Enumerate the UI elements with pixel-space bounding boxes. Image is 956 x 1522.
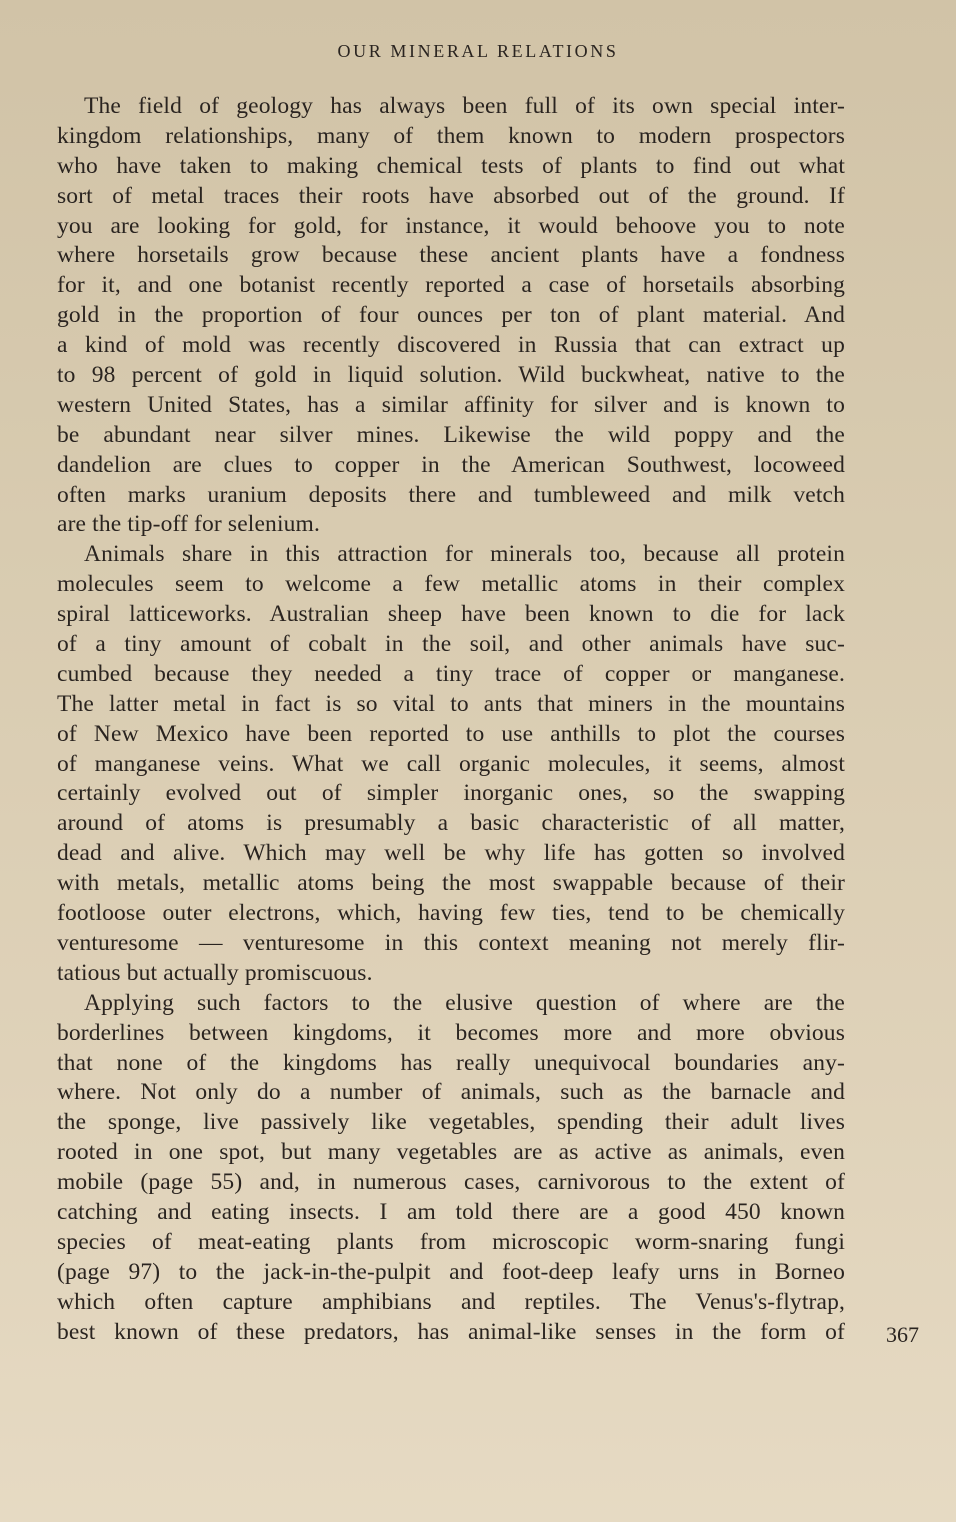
- text-line: to 98 percent of gold in liquid solution…: [57, 361, 845, 391]
- text-line: western United States, has a similar aff…: [57, 391, 845, 421]
- text-line: that none of the kingdoms has really une…: [57, 1049, 845, 1079]
- text-line: often marks uranium deposits there and t…: [57, 481, 845, 511]
- text-line: venturesome — venturesome in this contex…: [57, 929, 845, 959]
- text-line: a kind of mold was recently discovered i…: [57, 331, 845, 361]
- text-line: best known of these predators, has anima…: [57, 1318, 845, 1348]
- body-text: The field of geology has always been ful…: [57, 92, 845, 1347]
- text-line: gold in the proportion of four ounces pe…: [57, 301, 845, 331]
- page-number: 367: [886, 1322, 919, 1348]
- text-line: mobile (page 55) and, in numerous cases,…: [57, 1168, 845, 1198]
- text-line: spiral latticeworks. Australian sheep ha…: [57, 600, 845, 630]
- text-line: catching and eating insects. I am told t…: [57, 1198, 845, 1228]
- paragraph: Applying such factors to the elusive que…: [57, 989, 845, 1348]
- text-line: dead and alive. Which may well be why li…: [57, 839, 845, 869]
- text-line: sort of metal traces their roots have ab…: [57, 182, 845, 212]
- paragraph: The field of geology has always been ful…: [57, 92, 845, 540]
- text-line: where. Not only do a number of animals, …: [57, 1078, 845, 1108]
- text-line: be abundant near silver mines. Likewise …: [57, 421, 845, 451]
- text-line: of New Mexico have been reported to use …: [57, 720, 845, 750]
- text-line: rooted in one spot, but many vegetables …: [57, 1138, 845, 1168]
- text-line: who have taken to making chemical tests …: [57, 152, 845, 182]
- text-line: species of meat-eating plants from micro…: [57, 1228, 845, 1258]
- text-line: of a tiny amount of cobalt in the soil, …: [57, 630, 845, 660]
- text-line: for it, and one botanist recently report…: [57, 271, 845, 301]
- text-line: the sponge, live passively like vegetabl…: [57, 1108, 845, 1138]
- text-line: of manganese veins. What we call organic…: [57, 750, 845, 780]
- text-line: are the tip-off for selenium.: [57, 510, 845, 540]
- text-line: The field of geology has always been ful…: [57, 92, 845, 122]
- text-line: where horsetails grow because these anci…: [57, 241, 845, 271]
- text-line: borderlines between kingdoms, it becomes…: [57, 1019, 845, 1049]
- text-line: The latter metal in fact is so vital to …: [57, 690, 845, 720]
- text-line: tatious but actually promiscuous.: [57, 959, 845, 989]
- text-line: Applying such factors to the elusive que…: [57, 989, 845, 1019]
- text-line: cumbed because they needed a tiny trace …: [57, 660, 845, 690]
- text-line: molecules seem to welcome a few metallic…: [57, 570, 845, 600]
- text-line: with metals, metallic atoms being the mo…: [57, 869, 845, 899]
- text-line: (page 97) to the jack-in-the-pulpit and …: [57, 1258, 845, 1288]
- text-line: Animals share in this attraction for min…: [57, 540, 845, 570]
- text-line: footloose outer electrons, which, having…: [57, 899, 845, 929]
- text-line: certainly evolved out of simpler inorgan…: [57, 779, 845, 809]
- text-line: which often capture amphibians and repti…: [57, 1288, 845, 1318]
- running-head: OUR MINERAL RELATIONS: [0, 41, 956, 62]
- text-line: dandelion are clues to copper in the Ame…: [57, 451, 845, 481]
- paragraph: Animals share in this attraction for min…: [57, 540, 845, 988]
- text-line: you are looking for gold, for instance, …: [57, 212, 845, 242]
- text-line: kingdom relationships, many of them know…: [57, 122, 845, 152]
- text-line: around of atoms is presumably a basic ch…: [57, 809, 845, 839]
